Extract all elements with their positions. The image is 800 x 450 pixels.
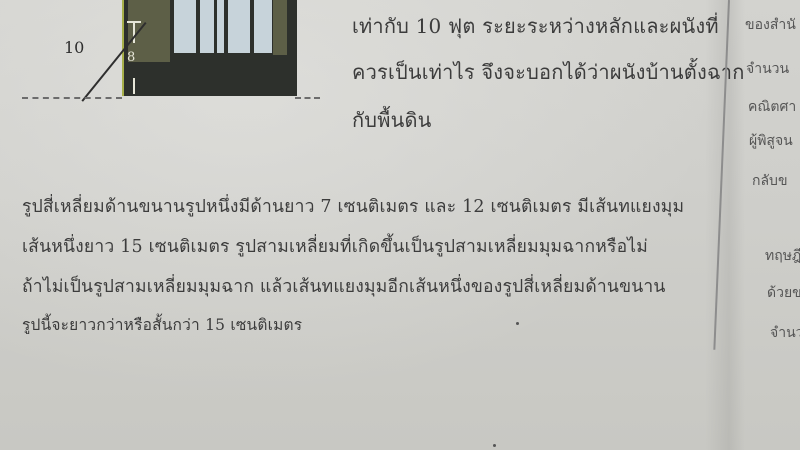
ladder-wall-figure: 8 10 xyxy=(0,0,320,110)
text-line: รูปนี้จะยาวกว่าหรือสั้นกว่า 15 เซนติเมตร xyxy=(22,312,302,337)
side-text: กลับข xyxy=(752,170,788,192)
height-label: 8 xyxy=(127,50,135,65)
text-line: ถ้าไม่เป็นรูปสามเหลี่ยมมุมฉาก แล้วเส้นทแ… xyxy=(22,272,666,300)
side-text: คณิตศา xyxy=(748,96,796,118)
ground-line xyxy=(22,97,122,99)
ground-line xyxy=(295,97,320,99)
text-line: กับพื้นดิน xyxy=(352,104,432,136)
paper-speck xyxy=(493,444,496,447)
side-text: ของสำนั xyxy=(745,14,796,36)
window xyxy=(217,0,224,53)
text-line: รูปสี่เหลี่ยมด้านขนานรูปหนึ่งมีด้านยาว 7… xyxy=(22,192,684,220)
side-text: ผู้พิสูจน xyxy=(749,130,793,152)
window xyxy=(254,0,272,53)
height-marker xyxy=(133,78,135,94)
text-line: เท่ากับ 10 ฟุต ระยะระหว่างหลักและผนังที่ xyxy=(352,10,719,42)
side-text: จำนวน xyxy=(770,322,800,344)
house-panel xyxy=(273,0,287,55)
house-illustration xyxy=(122,0,297,96)
text-line: เส้นหนึ่งยาว 15 เซนติเมตร รูปสามเหลี่ยมท… xyxy=(22,232,648,260)
side-text: ด้วยข xyxy=(767,282,800,304)
window xyxy=(228,0,250,53)
window xyxy=(200,0,214,53)
side-text: ทฤษฎี xyxy=(765,245,800,267)
text-line: ควรเป็นเท่าไร จึงจะบอกได้ว่าผนังบ้านตั้ง… xyxy=(352,56,745,88)
window xyxy=(174,0,196,53)
paper-speck xyxy=(516,322,519,325)
side-text: จำนวน xyxy=(746,58,789,80)
height-marker xyxy=(133,21,135,43)
hypotenuse-label: 10 xyxy=(64,38,84,57)
